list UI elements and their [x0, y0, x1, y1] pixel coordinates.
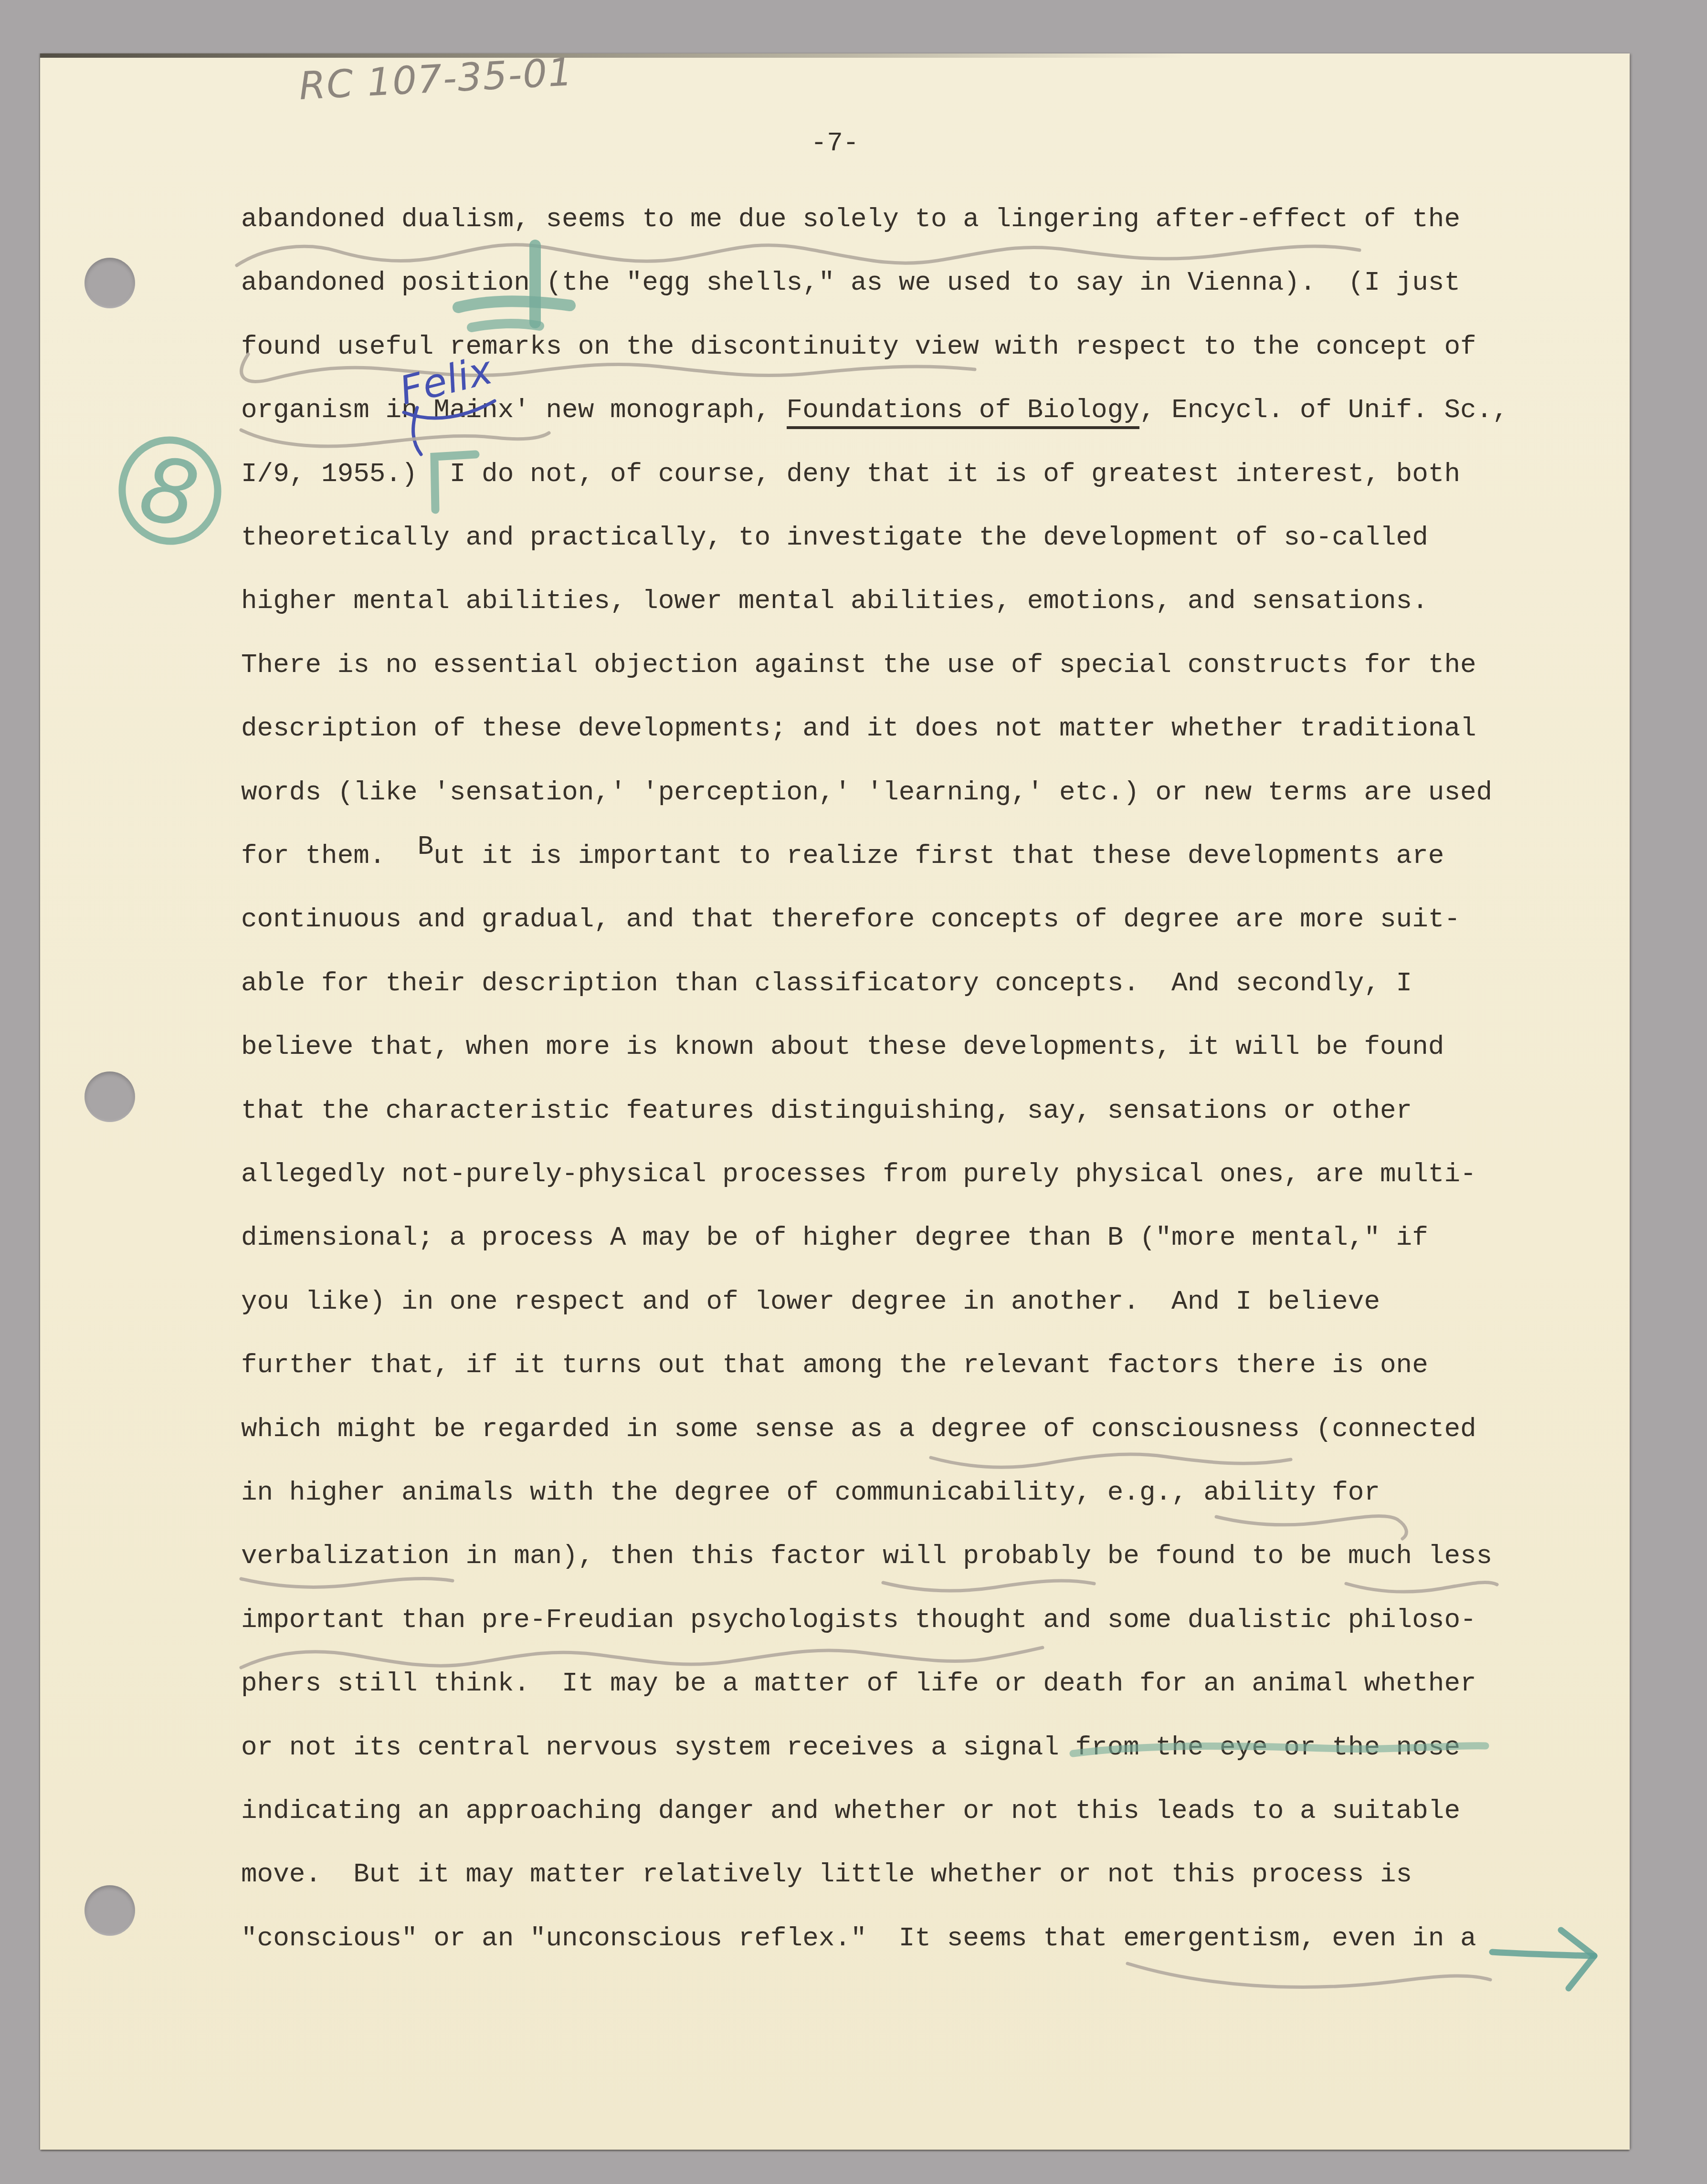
typed-text: further that, if it turns out that among… — [241, 1350, 1428, 1380]
document-page: -7- abandoned dualism, seems to me due s… — [40, 53, 1630, 2150]
typed-line: dimensional; a process A may be of highe… — [241, 1223, 1428, 1252]
typed-text: move. But it may matter relatively littl… — [241, 1859, 1412, 1890]
typed-line: There is no essential objection against … — [241, 650, 1476, 680]
typed-text: description of these developments; and i… — [241, 713, 1476, 744]
typed-text: "conscious" or an "unconscious reflex." … — [241, 1923, 1476, 1953]
typed-text: theoretically and practically, to invest… — [241, 522, 1428, 553]
typed-text-block: abandoned dualism, seems to me due solel… — [40, 53, 1630, 2150]
typed-line: or not its central nervous system receiv… — [241, 1732, 1460, 1762]
typed-text: ut it is important to realize first that… — [433, 840, 1444, 871]
punch-hole-top — [84, 258, 135, 308]
typed-line: believe that, when more is known about t… — [241, 1032, 1444, 1061]
typed-line: move. But it may matter relatively littl… — [241, 1859, 1412, 1889]
typed-text: words (like 'sensation,' 'perception,' '… — [241, 777, 1492, 808]
typed-line: higher mental abilities, lower mental ab… — [241, 586, 1428, 616]
typed-line: theoretically and practically, to invest… — [241, 523, 1428, 552]
typed-line: words (like 'sensation,' 'perception,' '… — [241, 777, 1492, 807]
typed-text: , Encycl. of Unif. Sc., — [1139, 395, 1508, 425]
typed-text: higher mental abilities, lower mental ab… — [241, 586, 1428, 616]
typed-line: further that, if it turns out that among… — [241, 1350, 1428, 1380]
typed-text: able for their description than classifi… — [241, 968, 1412, 998]
typed-line: abandoned position (the "egg shells," as… — [241, 268, 1460, 297]
typed-line: in higher animals with the degree of com… — [241, 1478, 1380, 1507]
typed-line: verbalization in man), then this factor … — [241, 1541, 1492, 1571]
typed-line: description of these developments; and i… — [241, 714, 1476, 743]
typed-text: organism in Mainx' new monograph, — [241, 395, 787, 425]
typed-text: found useful remarks on the discontinuit… — [241, 331, 1476, 362]
typed-text: you like) in one respect and of lower de… — [241, 1286, 1380, 1317]
typed-text: or not its central nervous system receiv… — [241, 1732, 1460, 1763]
typed-text: B — [418, 832, 434, 861]
typed-line: "conscious" or an "unconscious reflex." … — [241, 1923, 1476, 1953]
scanned-document: -7- abandoned dualism, seems to me due s… — [0, 0, 1707, 2184]
typed-text: abandoned position (the "egg shells," as… — [241, 267, 1460, 298]
typed-line: I/9, 1955.) I do not, of course, deny th… — [241, 459, 1460, 489]
typed-text: dimensional; a process A may be of highe… — [241, 1222, 1428, 1253]
typed-line: allegedly not-purely-physical processes … — [241, 1159, 1476, 1189]
typed-text: in higher animals with the degree of com… — [241, 1477, 1380, 1508]
typed-line: you like) in one respect and of lower de… — [241, 1287, 1380, 1316]
typed-text: abandoned dualism, seems to me due solel… — [241, 204, 1460, 234]
typed-text: that the characteristic features disting… — [241, 1095, 1412, 1126]
typed-underlined-title: Foundations of Biology — [787, 395, 1139, 429]
typed-text: continuous and gradual, and that therefo… — [241, 904, 1460, 934]
typed-line: for them. But it is important to realize… — [241, 841, 1444, 871]
typed-text: for them. — [241, 840, 418, 871]
typed-text: verbalization in man), then this factor … — [241, 1541, 1492, 1571]
punch-hole-bottom — [84, 1885, 135, 1936]
typed-line: organism in Mainx' new monograph, Founda… — [241, 395, 1508, 425]
typed-text: believe that, when more is known about t… — [241, 1031, 1444, 1062]
typed-line: indicating an approaching danger and whe… — [241, 1796, 1460, 1826]
typed-line: continuous and gradual, and that therefo… — [241, 904, 1460, 934]
typed-text: phers still think. It may be a matter of… — [241, 1668, 1476, 1699]
typed-text: There is no essential objection against … — [241, 650, 1476, 680]
typed-text: indicating an approaching danger and whe… — [241, 1795, 1460, 1826]
typed-text: allegedly not-purely-physical processes … — [241, 1159, 1476, 1189]
punch-hole-middle — [84, 1071, 135, 1122]
typed-text: which might be regarded in some sense as… — [241, 1414, 1476, 1444]
typed-line: which might be regarded in some sense as… — [241, 1414, 1476, 1444]
typed-text: important than pre-Freudian psychologist… — [241, 1605, 1476, 1635]
typed-line: found useful remarks on the discontinuit… — [241, 332, 1476, 361]
typed-line: phers still think. It may be a matter of… — [241, 1669, 1476, 1698]
typed-line: abandoned dualism, seems to me due solel… — [241, 204, 1460, 234]
typed-text: I/9, 1955.) I do not, of course, deny th… — [241, 459, 1460, 489]
typed-line: important than pre-Freudian psychologist… — [241, 1605, 1476, 1635]
typed-line: that the characteristic features disting… — [241, 1096, 1412, 1125]
typed-line: able for their description than classifi… — [241, 968, 1412, 998]
